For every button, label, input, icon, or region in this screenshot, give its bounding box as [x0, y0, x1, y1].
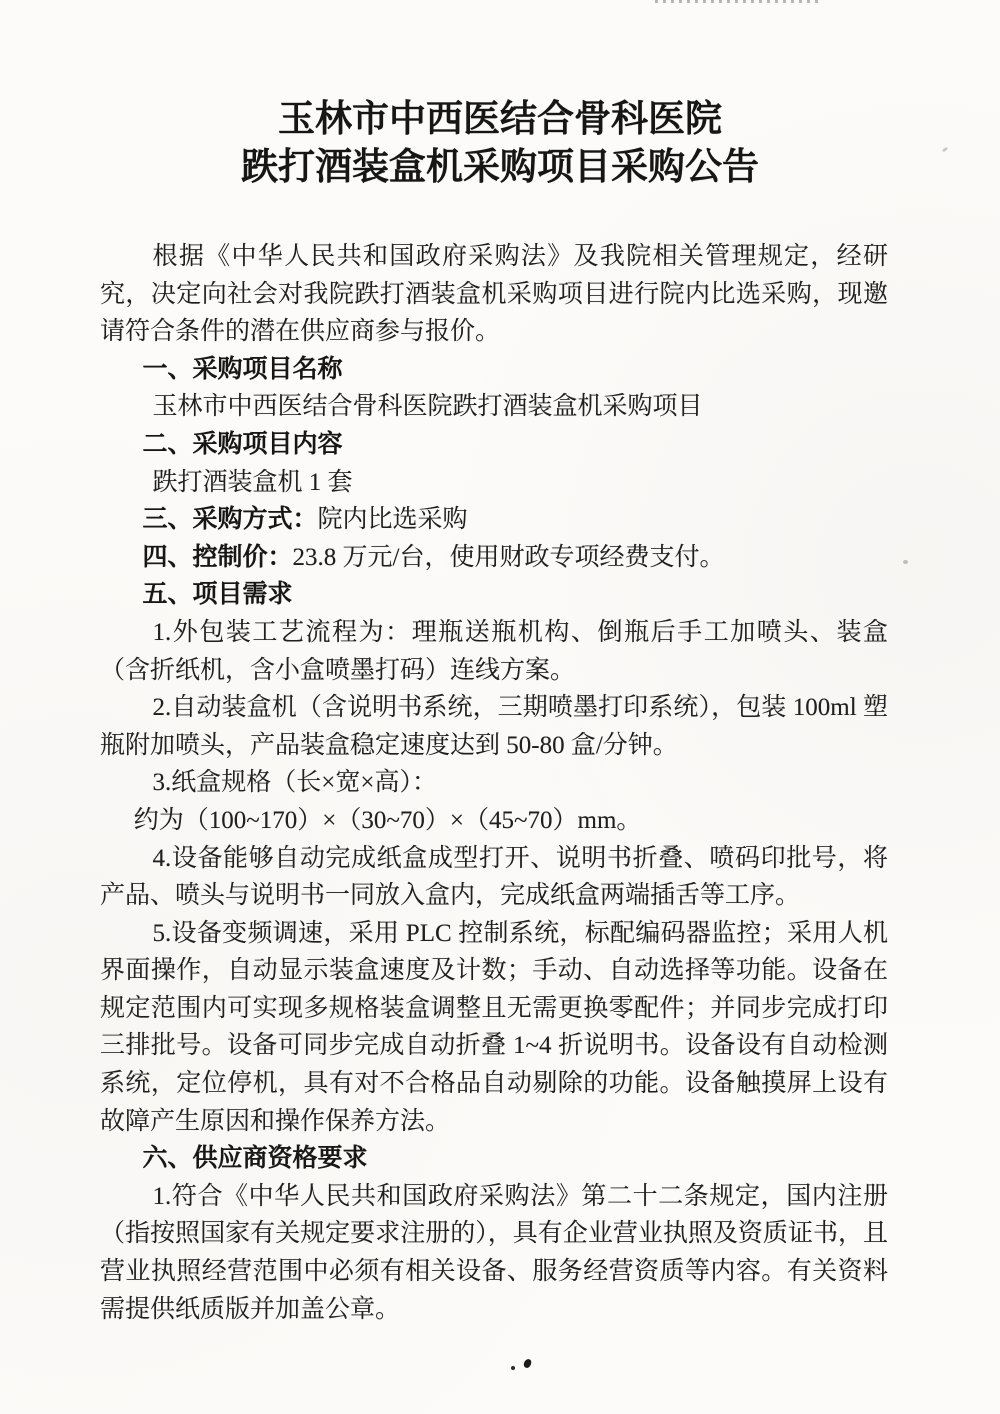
- requirement-item-3-dimensions: 约为（100~170）×（30~70）×（45~70）mm。: [100, 802, 888, 840]
- project-name-paragraph: 玉林市中西医结合骨科医院跌打酒装盒机采购项目: [100, 388, 888, 426]
- section-heading-2-project-content: 二、采购项目内容: [100, 426, 888, 464]
- scan-artifact-speck: [903, 560, 908, 564]
- document-title: 玉林市中西医结合骨科医院 跌打酒装盒机采购项目采购公告: [0, 96, 1000, 192]
- heading-lead: 三、采购方式：: [143, 505, 318, 533]
- section-heading-3-procurement-method: 三、采购方式：院内比选采购: [100, 501, 888, 539]
- requirement-item-4: 4.设备能够自动完成纸盒成型打开、说明书折叠、喷码印批号，将产品、喷头与说明书一…: [100, 840, 888, 915]
- scan-artifact-dashed-line: [655, 0, 820, 3]
- scan-artifact-ink-dot: [511, 1366, 515, 1370]
- section-heading-1-project-name: 一、采购项目名称: [100, 351, 888, 389]
- requirement-item-3: 3.纸盒规格（长×宽×高）：: [100, 764, 888, 802]
- document-body: 根据《中华人民共和国政府采购法》及我院相关管理规定，经研究，决定向社会对我院跌打…: [100, 238, 888, 1328]
- section-heading-4-control-price: 四、控制价：23.8 万元/台，使用财政专项经费支付。: [100, 539, 888, 577]
- section-heading-5-project-requirements: 五、项目需求: [100, 576, 888, 614]
- document-title-line-1: 玉林市中西医结合骨科医院: [0, 96, 1000, 144]
- requirement-item-1: 1.外包装工艺流程为：理瓶送瓶机构、倒瓶后手工加喷头、装盒（含折纸机，含小盒喷墨…: [100, 614, 888, 689]
- qualification-item-1: 1.符合《中华人民共和国政府采购法》第二十二条规定，国内注册（指按照国家有关规定…: [100, 1178, 888, 1328]
- scan-artifact-ink-dot: [523, 1358, 532, 1369]
- scanned-document-page: 玉林市中西医结合骨科医院 跌打酒装盒机采购项目采购公告 根据《中华人民共和国政府…: [0, 0, 1000, 1414]
- document-title-line-2: 跌打酒装盒机采购项目采购公告: [0, 144, 1000, 192]
- heading-value: 23.8 万元/台，使用财政专项经费支付。: [293, 544, 725, 571]
- intro-paragraph: 根据《中华人民共和国政府采购法》及我院相关管理规定，经研究，决定向社会对我院跌打…: [100, 238, 888, 351]
- section-heading-6-supplier-qualifications: 六、供应商资格要求: [100, 1140, 888, 1178]
- requirement-item-5: 5.设备变频调速，采用 PLC 控制系统，标配编码器监控；采用人机界面操作，自动…: [100, 915, 888, 1141]
- project-content-paragraph: 跌打酒装盒机 1 套: [100, 464, 888, 502]
- heading-value: 院内比选采购: [318, 506, 468, 533]
- heading-lead: 四、控制价：: [143, 543, 293, 571]
- requirement-item-2: 2.自动装盒机（含说明书系统，三期喷墨打印系统），包装 100ml 塑瓶附加喷头…: [100, 689, 888, 764]
